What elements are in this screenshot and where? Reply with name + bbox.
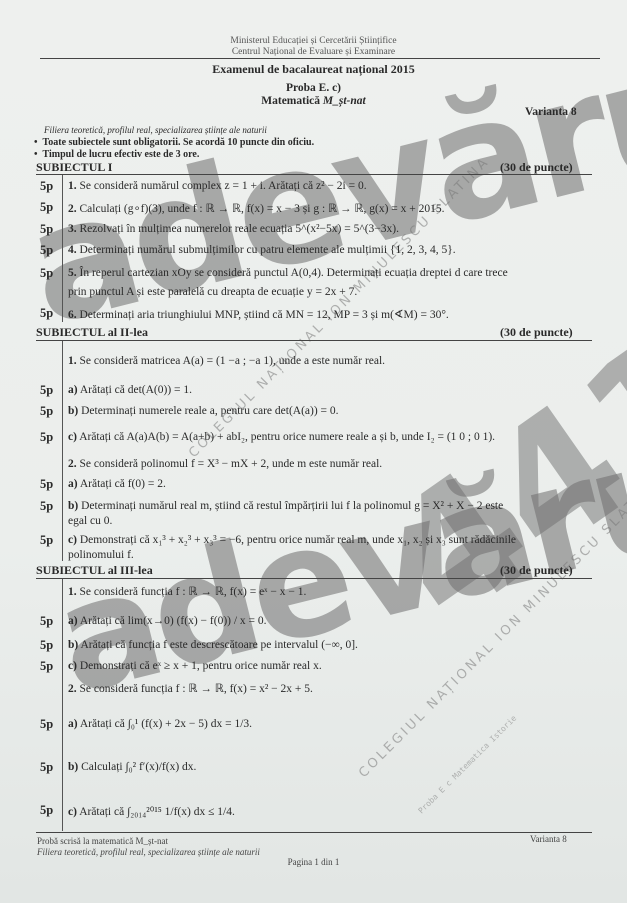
problem-3-1-b: b) Arătați că funcția f este descrescăto… bbox=[68, 639, 358, 651]
points-label: 5p bbox=[40, 659, 53, 674]
footer-rule bbox=[36, 832, 592, 833]
problem-3-2-c: c) Arătați că ∫₂₀₁₄²⁰¹⁵ 1/f(x) dx ≤ 1/4. bbox=[68, 804, 235, 818]
points-label: 5p bbox=[40, 717, 53, 732]
problem-3-2-b: b) Calculați ∫₀² f′(x)/f(x) dx. bbox=[68, 761, 196, 773]
section-1-rule bbox=[36, 174, 592, 175]
problem-3-1-a: a) Arătați că lim(x→0) (f(x) − f(0)) / x… bbox=[68, 615, 267, 627]
section-2-margin-line bbox=[62, 341, 63, 561]
subject-profile: M_șt-nat bbox=[323, 95, 366, 107]
question-1-2: 2. Calculați (g∘f)(3), unde f : ℝ → ℝ, f… bbox=[68, 201, 445, 215]
points-label: 5p bbox=[40, 430, 53, 445]
points-label: 5p bbox=[40, 179, 53, 194]
problem-3-1-c: c) Demonstrați că eˣ ≥ x + 1, pentru ori… bbox=[68, 660, 322, 672]
exam-title: Examenul de bacalaureat național 2015 bbox=[0, 62, 627, 77]
problem-3-2-a: a) Arătați că ∫₀¹ (f(x) + 2x − 5) dx = 1… bbox=[68, 718, 252, 730]
section-1-title: SUBIECTUL I bbox=[36, 160, 112, 175]
problem-2-1-c: c) Arătați că A(a)A(b) = A(a+b) + abI₂, … bbox=[68, 431, 495, 443]
section-2-points: (30 de puncte) bbox=[500, 325, 573, 340]
section-3-rule bbox=[36, 578, 592, 579]
points-label: 5p bbox=[40, 243, 53, 258]
question-1-5-cont: prin punctul A și este paralelă cu dreap… bbox=[68, 286, 357, 298]
problem-2-2-c-cont: polinomului f. bbox=[68, 549, 134, 561]
question-1-6: 6. Determinați aria triunghiului MNP, șt… bbox=[68, 307, 449, 321]
question-1-5: 5. În reperul cartezian xOy se consideră… bbox=[68, 267, 508, 279]
question-1-3: 3. Rezolvați în mulțimea numerelor reale… bbox=[68, 223, 399, 235]
rule-bullet-2: • Timpul de lucru efectiv este de 3 ore. bbox=[34, 149, 199, 160]
section-3-margin-line bbox=[62, 579, 63, 831]
rule-bullet-1: • Toate subiectele sunt obligatorii. Se … bbox=[34, 137, 314, 148]
footer-line-2: Filiera teoretică, profilul real, specia… bbox=[37, 847, 260, 857]
points-label: 5p bbox=[40, 499, 53, 514]
question-1-4: 4. Determinați numărul submulțimilor cu … bbox=[68, 244, 456, 256]
variant-label: Varianta 8 bbox=[525, 106, 577, 118]
footer-variant: Varianta 8 bbox=[530, 834, 567, 844]
points-label: 5p bbox=[40, 200, 53, 215]
section-2-rule bbox=[36, 340, 592, 341]
problem-3-1-intro: 1. Se consideră funcția f : ℝ → ℝ, f(x) … bbox=[68, 584, 306, 598]
points-label: 5p bbox=[40, 383, 53, 398]
subject-name: Matematică bbox=[261, 95, 320, 107]
points-label: 5p bbox=[40, 266, 53, 281]
points-label: 5p bbox=[40, 306, 53, 321]
problem-3-2-intro: 2. Se consideră funcția f : ℝ → ℝ, f(x) … bbox=[68, 681, 313, 695]
points-label: 5p bbox=[40, 222, 53, 237]
points-label: 5p bbox=[40, 638, 53, 653]
header-rule bbox=[40, 58, 600, 59]
problem-2-2-b-cont: egal cu 0. bbox=[68, 515, 112, 527]
footer-line-1: Probă scrisă la matematică M_șt-nat bbox=[37, 836, 168, 846]
ministry-name: Ministerul Educației și Cercetării Știin… bbox=[0, 36, 627, 46]
points-label: 5p bbox=[40, 803, 53, 818]
section-2-title: SUBIECTUL al II-lea bbox=[36, 325, 148, 340]
section-1-margin-line bbox=[62, 175, 63, 322]
points-label: 5p bbox=[40, 614, 53, 629]
problem-2-2-b: b) Determinați numărul real m, știind că… bbox=[68, 500, 503, 512]
problem-2-2-intro: 2. Se consideră polinomul f = X³ − mX + … bbox=[68, 458, 382, 470]
problem-2-2-a: a) Arătați că f(0) = 2. bbox=[68, 478, 166, 490]
problem-2-1-b: b) Determinați numerele reale a, pentru … bbox=[68, 405, 339, 417]
problem-2-2-c: c) Demonstrați că x₁³ + x₂³ + x₃³ = −6, … bbox=[68, 534, 516, 546]
filiera-text: Filiera teoretică, profilul real, specia… bbox=[44, 125, 267, 135]
points-label: 5p bbox=[40, 477, 53, 492]
problem-2-1-a: a) Arătați că det(A(0)) = 1. bbox=[68, 384, 192, 396]
section-1-points: (30 de puncte) bbox=[500, 160, 573, 175]
exam-page: adevărul adevărul 441 COLEGIUL NAȚIONAL … bbox=[0, 0, 627, 903]
points-label: 5p bbox=[40, 404, 53, 419]
question-1-1: 1. Se consideră numărul complex z = 1 + … bbox=[68, 180, 367, 192]
section-3-points: (30 de puncte) bbox=[500, 563, 573, 578]
page-number: Pagina 1 din 1 bbox=[0, 857, 627, 867]
proba-title: Proba E. c) bbox=[0, 82, 627, 94]
points-label: 5p bbox=[40, 533, 53, 548]
center-name: Centrul Național de Evaluare și Examinar… bbox=[0, 47, 627, 57]
points-label: 5p bbox=[40, 760, 53, 775]
section-3-title: SUBIECTUL al III-lea bbox=[36, 563, 153, 578]
watermark-stamp-small: Proba E c Matematica Istorie bbox=[417, 714, 519, 816]
watermark-number: 441 bbox=[355, 296, 627, 662]
problem-2-1-intro: 1. Se consideră matricea A(a) = (1 −a ; … bbox=[68, 355, 385, 367]
